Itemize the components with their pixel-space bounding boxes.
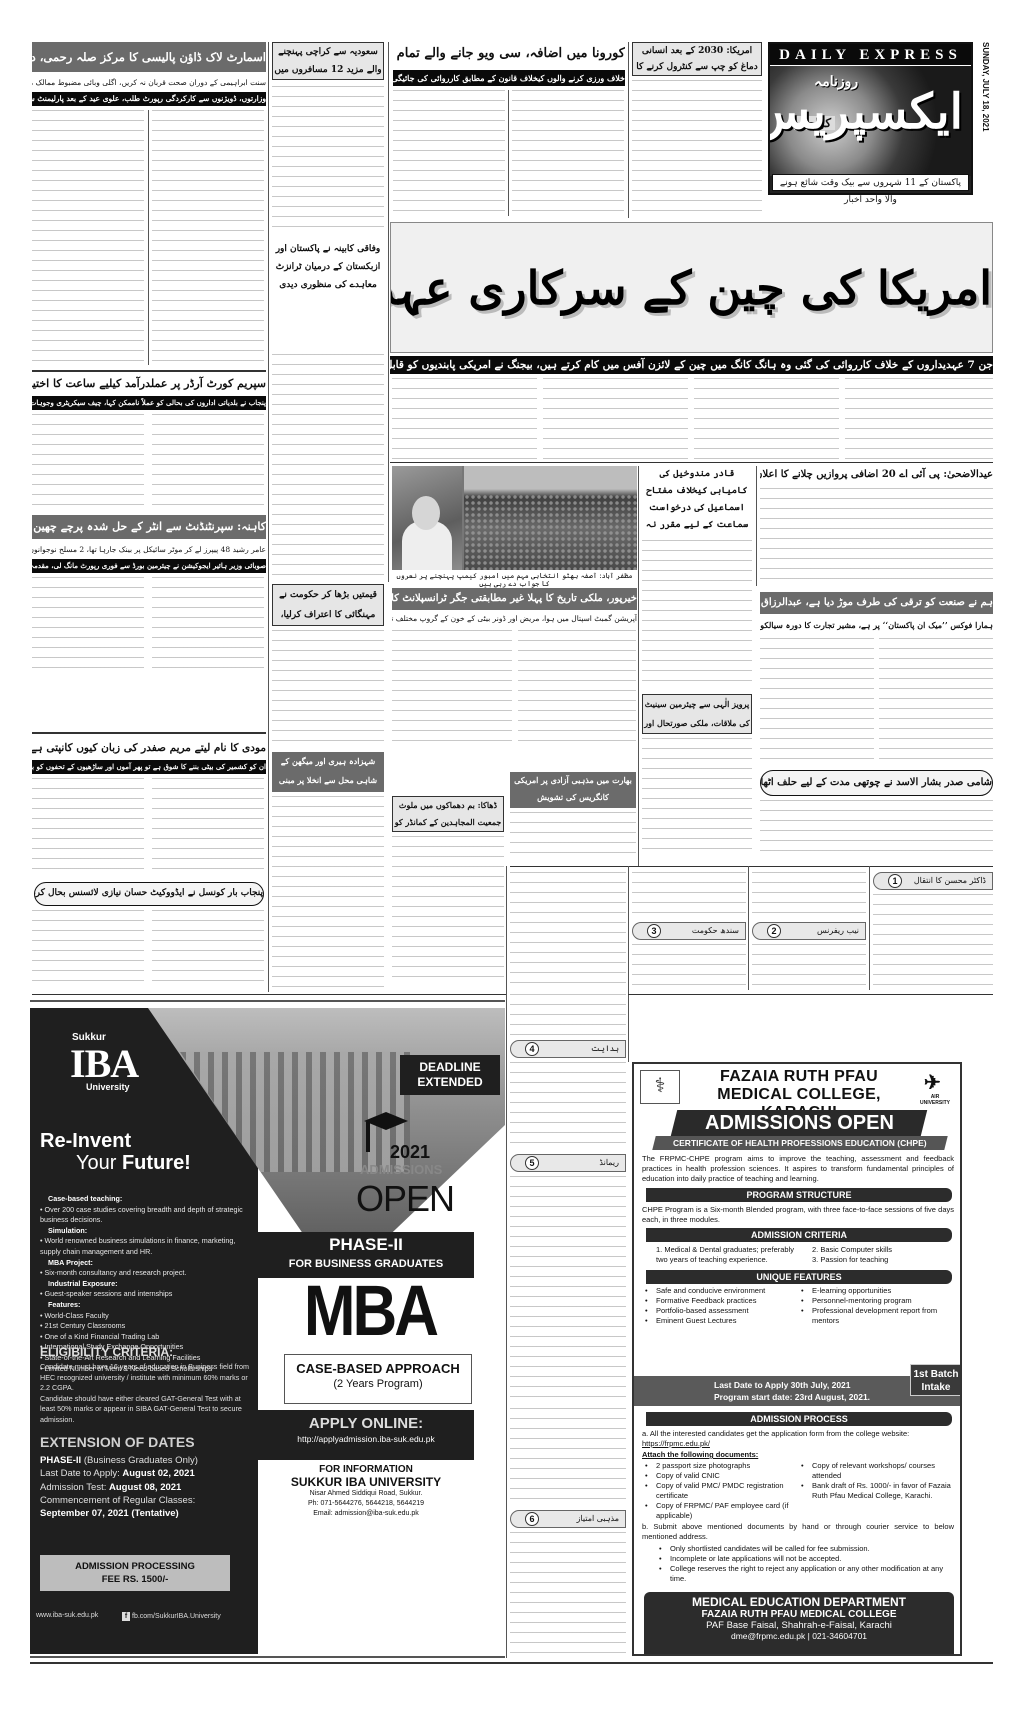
- feature-heading: Features:: [40, 1300, 255, 1311]
- brief-header-4: 4ہدایت: [510, 1040, 626, 1058]
- admissions-label: ADMISSIONS: [360, 1162, 442, 1177]
- first-batch-badge: 1st Batch Intake: [910, 1364, 962, 1396]
- feature-heading: Industrial Exposure:: [40, 1279, 255, 1290]
- frpmc-advertisement: AIR UNIVERSITY FAZAIA RUTH PFAU MEDICAL …: [632, 1062, 962, 1656]
- list-item: Bank draft of Rs. 1000/- in favor of Faz…: [798, 1481, 954, 1501]
- story-body-ai-2030: [632, 80, 762, 216]
- section-program-structure: PROGRAM STRUCTURE: [646, 1188, 952, 1202]
- story-headline-corona: کورونا میں اضافہ، سی ویو جانے والے تمام …: [393, 42, 625, 66]
- list-item: Portfolio-based assessment: [642, 1306, 798, 1316]
- brief-title: ڈاکٹر محسن کا انتقال: [914, 876, 986, 885]
- iba-logo-bottom: University: [86, 1082, 130, 1092]
- story-body-kahna-col2: [152, 577, 264, 669]
- story-body-saudi: [272, 86, 384, 236]
- story-body-bar-council-col1: [32, 910, 144, 990]
- attach-title: Attach the following documents:: [642, 1450, 954, 1460]
- story-body-supreme-court-col1: [32, 414, 144, 510]
- masthead-tagline: پاکستان کے 11 شہروں سے بیک وقت شائع ہونے…: [772, 174, 969, 191]
- brief-body-5-tail: [510, 1408, 626, 1506]
- feature-heading: Case-based teaching:: [40, 1194, 255, 1205]
- number-badge: 1: [888, 874, 902, 888]
- brief-title: سندھ حکومت: [692, 926, 739, 935]
- feature-heading: MBA Project:: [40, 1258, 255, 1269]
- note-item: College reserves the right to reject any…: [656, 1564, 954, 1584]
- email-link[interactable]: Email: admission@iba-suk.edu.pk: [258, 1509, 474, 1519]
- facebook-icon: f: [122, 1612, 130, 1621]
- feature-item: World-Class Faculty: [40, 1311, 255, 1322]
- eligibility-item: Candidate must have 16 years of educatio…: [40, 1362, 255, 1394]
- list-item: Professional development report from men…: [798, 1306, 954, 1326]
- story-body-kahna-col1: [32, 577, 144, 669]
- feature-item: Over 200 case studies covering breadth a…: [40, 1205, 255, 1226]
- story-body-harry: [272, 796, 384, 988]
- admissions-year: 2021: [390, 1142, 430, 1163]
- number-badge: 3: [647, 924, 661, 938]
- story-headline-saudi: سعودیہ سے کراچی پہنچنے والے مزید 12 مساف…: [272, 42, 384, 80]
- brief-body-1-cont: [752, 872, 866, 918]
- story-headline-assad: شامی صدر بشار الاسد نے چوتھی مدت کے لیے …: [760, 770, 993, 796]
- story-body-dawood-col2: [879, 638, 993, 762]
- story-subhead-smart-lockdown-2: وزارتوں، ڈویژنوں سے کارکردگی رپورٹ طلب، …: [32, 92, 266, 106]
- brief-title: نیب ریفرنس: [817, 926, 859, 935]
- tagline-future: Your Future!: [76, 1152, 191, 1174]
- contact-info: FOR INFORMATION SUKKUR IBA UNIVERSITY Ni…: [258, 1464, 474, 1519]
- criteria-list: 1. Medical & Dental graduates; preferabl…: [642, 1245, 954, 1265]
- website-link[interactable]: www.iba-suk.edu.pk: [36, 1612, 98, 1619]
- story-headline-pervaiz: پرویز الٰہی سے چیئرمین سینیٹ کی ملاقات، …: [642, 694, 752, 734]
- newspaper-page: DAILY EXPRESS روزنامہ کراچی ایکسپریس پاک…: [0, 0, 1024, 1723]
- tagline-reinvent: Re-Invent: [40, 1130, 131, 1152]
- extension-title: EXTENSION OF DATES: [40, 1434, 195, 1450]
- processing-fee-box: ADMISSION PROCESSINGFEE RS. 1500/-: [40, 1555, 230, 1591]
- list-item: Copy of FRPMC/ PAF employee card (if app…: [642, 1501, 798, 1521]
- globe-icon: روزنامہ کراچی ایکسپریس: [770, 66, 971, 176]
- brief-body-3: [632, 944, 746, 990]
- story-body-smart-lockdown-col2: [152, 110, 264, 365]
- brief-body-1: [873, 894, 993, 990]
- story-headline-farrukh: مودی کا نام لیتے مریم صفدر کی زبان کیوں …: [32, 738, 266, 758]
- list-item: Copy of valid PMC/ PMDC registration cer…: [642, 1481, 798, 1501]
- list-item: E-learning opportunities: [798, 1286, 954, 1296]
- story-body-shahbaz: [272, 630, 384, 750]
- deadline-extended-badge: DEADLINEEXTENDED: [400, 1055, 500, 1095]
- apply-online-box: APPLY ONLINE:http://applyadmission.iba-s…: [258, 1410, 474, 1460]
- brief-title: مذہبی امتیاز: [577, 1514, 619, 1523]
- list-item: Safe and conducive environment: [642, 1286, 798, 1296]
- story-body-pia: [760, 488, 993, 583]
- brief-body-6: [510, 1532, 626, 1656]
- story-body-dawood-col1: [760, 638, 874, 762]
- story-body-corona-col2: [512, 90, 624, 216]
- sukkur-iba-advertisement: Sukkur IBA University Re-Invent Your Fut…: [30, 1000, 505, 1658]
- list-item: Copy of relevant workshops/ courses atte…: [798, 1461, 954, 1481]
- brief-title: ہدایت: [591, 1044, 619, 1053]
- story-body-supreme-court-col2: [152, 414, 264, 510]
- feature-item: 21st Century Classrooms: [40, 1321, 255, 1332]
- facebook-link[interactable]: ffb.com/SukkurIBA.University: [122, 1612, 221, 1621]
- contact-email-phone[interactable]: dme@frpmc.edu.pk | 021-34604701: [644, 1631, 954, 1641]
- story-headline-bar-council: پنجاب بار کونسل نے ایڈووکیٹ حسان نیازی ل…: [34, 882, 264, 906]
- main-body-col4: [392, 378, 537, 460]
- iba-logo: IBA: [70, 1040, 138, 1087]
- college-website-link[interactable]: https://frpmc.edu.pk/: [642, 1439, 710, 1448]
- story-body-uzbek-trade: [272, 354, 384, 580]
- list-item: Formative Feedback practices: [642, 1296, 798, 1306]
- list-item: Personnel-mentoring program: [798, 1296, 954, 1306]
- mba-title: MBA: [270, 1273, 470, 1351]
- story-headline-supreme-court: سپریم کورٹ آرڈر پر عملدرآمد کیلیے ساعت ک…: [32, 374, 266, 394]
- eligibility-item: Candidate should have either cleared GAT…: [40, 1394, 255, 1426]
- brief-header-6: 6مذہبی امتیاز: [510, 1510, 626, 1528]
- story-subhead-kahna-1: عامر رشید 48 پیپرز لے کر موٹر سائیکل پر …: [32, 543, 266, 557]
- feature-heading: Simulation:: [40, 1226, 255, 1237]
- eligibility-list: Candidate must have 16 years of educatio…: [40, 1362, 255, 1426]
- air-university-logo-icon: AIR UNIVERSITY: [916, 1072, 954, 1104]
- main-body-col1: [845, 378, 993, 460]
- masthead-logo: ایکسپریس: [770, 84, 963, 140]
- feature-item: World renowned business simulations in f…: [40, 1236, 255, 1257]
- section-admission-process: ADMISSION PROCESS: [646, 1412, 952, 1426]
- main-body-col2: [694, 378, 839, 460]
- story-headline-smart-lockdown: اسمارٹ لاک ڈاؤن پالیسی کا مرکز صلہ رحمی،…: [32, 42, 266, 72]
- story-body-dhaka: [392, 836, 504, 986]
- story-body-pervaiz: [642, 738, 752, 858]
- brief-header-3: 3سندھ حکومت: [632, 922, 746, 940]
- story-headline-shahbaz: قیمتیں بڑھا کر حکومت نے مہنگائی کا اعترا…: [272, 584, 384, 626]
- brief-body-5: [510, 1176, 626, 1404]
- story-subhead-supreme-court: پنجاب نے بلدیاتی اداروں کی بحالی کو عملا…: [32, 396, 266, 410]
- story-headline-uzbek-trade: وفاقی کابینہ نے پاکستان اور ازبکستان کے …: [272, 240, 384, 350]
- documents-list: 2 passport size photographsCopy of valid…: [642, 1461, 954, 1521]
- brief-body-3-tail: [510, 994, 626, 1036]
- approach-box: CASE-BASED APPROACH(2 Years Program): [284, 1354, 472, 1404]
- story-body-smart-lockdown-col1: [32, 110, 144, 365]
- brief-body-3-cont: [510, 872, 626, 990]
- list-item: Eminent Guest Lectures: [642, 1316, 798, 1326]
- intro-text: The FRPMC-CHPE program aims to improve t…: [642, 1154, 954, 1184]
- list-item: Copy of valid CNIC: [642, 1471, 798, 1481]
- contact-footer: MEDICAL EDUCATION DEPARTMENT FAZAIA RUTH…: [644, 1592, 954, 1654]
- story-body-qadir: [642, 540, 752, 690]
- extension-dates: PHASE-II (Business Graduates Only) Last …: [40, 1454, 255, 1520]
- eligibility-title: ELIGIBILITY CRITERIA:: [40, 1345, 173, 1359]
- program-name-banner: CERTIFICATE OF HEALTH PROFESSIONS EDUCAT…: [652, 1136, 947, 1150]
- notes-list: Only shortlisted candidates will be call…: [642, 1544, 954, 1584]
- number-badge: 2: [767, 924, 781, 938]
- story-subhead-smart-lockdown-1: سنت ابراہیمی کے دوران صحت قربان نہ کریں،…: [32, 76, 266, 90]
- story-body-farrukh-col2: [152, 778, 264, 878]
- story-headline-liver: خیرپور، ملکی تاریخ کا پہلا غیر مطابقتی ج…: [392, 588, 637, 610]
- brief-title: ریمانڈ: [599, 1158, 619, 1167]
- story-headline-india-religion: بھارت میں مذہبی آزادی پر امریکی کانگریس …: [510, 772, 636, 808]
- feature-item: Six-month consultancy and research proje…: [40, 1268, 255, 1279]
- story-headline-pia: عیدالاضحیٰ: پی آئی اے 20 اضافی پروازیں چ…: [760, 466, 993, 484]
- process-b: b. Submit above mentioned documents by h…: [642, 1522, 954, 1542]
- story-body-assad: [760, 800, 993, 860]
- story-body-liver-col2: [518, 630, 636, 742]
- note-item: Only shortlisted candidates will be call…: [656, 1544, 954, 1554]
- note-item: Incomplete or late applications will not…: [656, 1554, 954, 1564]
- caduceus-logo-icon: [640, 1070, 680, 1104]
- brief-body-2-cont: [632, 872, 746, 918]
- story-subhead-farrukh: ان کو کشمیر کی بیٹی بننے کا شوق ہے تو پھ…: [32, 760, 266, 774]
- story-body-india-religion: [510, 812, 636, 862]
- section-admission-criteria: ADMISSION CRITERIA: [646, 1228, 952, 1242]
- feature-item: Guest-speaker sessions and internships: [40, 1289, 255, 1300]
- story-subhead-liver: آپریشن گمبٹ اسپتال میں ہوا، مریض اور ڈون…: [392, 612, 637, 626]
- story-subhead-dawood: ہمارا فوکس ’’میک ان پاکستان‘‘ پر ہے، مشی…: [760, 617, 993, 633]
- story-headline-harry: شہزادہ ہیری اور میگھن کے شاہی محل سے انخ…: [272, 752, 384, 792]
- section-unique-features: UNIQUE FEATURES: [646, 1270, 952, 1284]
- admissions-open-banner: ADMISSIONS OPEN: [671, 1110, 927, 1136]
- story-headline-ai-2030: امریکا: 2030 کے بعد انسانی دماغ کو چپ سے…: [632, 42, 762, 76]
- apply-url-link[interactable]: http://applyadmission.iba-suk.edu.pk: [258, 1432, 474, 1444]
- story-subhead-kahna-2: صوبائی وزیر ہائیر ایجوکیشن نے چیئرمین بو…: [32, 559, 266, 573]
- number-badge: 5: [525, 1156, 539, 1170]
- photo-caption: مظفر آباد: آصفہ بھٹو انتخابی مہم میں امب…: [392, 572, 637, 584]
- list-item: 2 passport size photographs: [642, 1461, 798, 1471]
- features-list: Safe and conducive environmentFormative …: [642, 1286, 954, 1326]
- structure-text: CHPE Program is a Six-month Blended prog…: [642, 1205, 954, 1225]
- brief-header-5: 5ریمانڈ: [510, 1154, 626, 1172]
- news-photo: [392, 466, 637, 570]
- main-headline: امریکا کی چین کے سرکاری عہدیداروں پر پاب…: [390, 222, 993, 353]
- story-body-corona-col1: [393, 90, 505, 216]
- story-headline-dawood: ہم نے صنعت کو ترقی کی طرف موڑ دیا ہے، عب…: [760, 592, 993, 614]
- feature-item: One of a Kind Financial Trading Lab: [40, 1332, 255, 1343]
- process-a: a. All the interested candidates get the…: [642, 1429, 954, 1449]
- story-body-liver-col1: [392, 630, 512, 742]
- story-headline-qadir: قادر مندوخیل کی کامیابی کیخلاف مفتاح اسم…: [642, 466, 752, 536]
- masthead-title: DAILY EXPRESS: [770, 44, 971, 66]
- story-headline-kahna: کاہنہ: سپرنٹنڈنٹ سے انٹر کے حل شدہ پرچے …: [32, 515, 266, 539]
- dateline: SUNDAY, JULY 18, 2021: [976, 42, 990, 202]
- brief-body-2: [752, 944, 866, 990]
- brief-header-2: 2نیب ریفرنس: [752, 922, 866, 940]
- story-body-farrukh-col1: [32, 778, 144, 878]
- story-body-bar-council-col2: [152, 910, 264, 990]
- number-badge: 6: [525, 1512, 539, 1526]
- main-body-col3: [543, 378, 688, 460]
- masthead: DAILY EXPRESS روزنامہ کراچی ایکسپریس پاک…: [768, 42, 973, 195]
- story-subhead-corona: خلاف ورزی کرنے والوں کیخلاف قانون کے مطا…: [393, 70, 625, 86]
- open-label: OPEN: [356, 1178, 454, 1220]
- story-headline-dhaka: ڈھاکا: بم دھماکوں میں ملوث جمعیت المجاہد…: [392, 796, 504, 832]
- main-strap: جن 7 عہدیداروں کے خلاف کارروائی کی گئی و…: [390, 356, 993, 374]
- brief-body-4: [510, 1062, 626, 1150]
- brief-header-1: 1ڈاکٹر محسن کا انتقال: [873, 872, 993, 890]
- number-badge: 4: [525, 1042, 539, 1056]
